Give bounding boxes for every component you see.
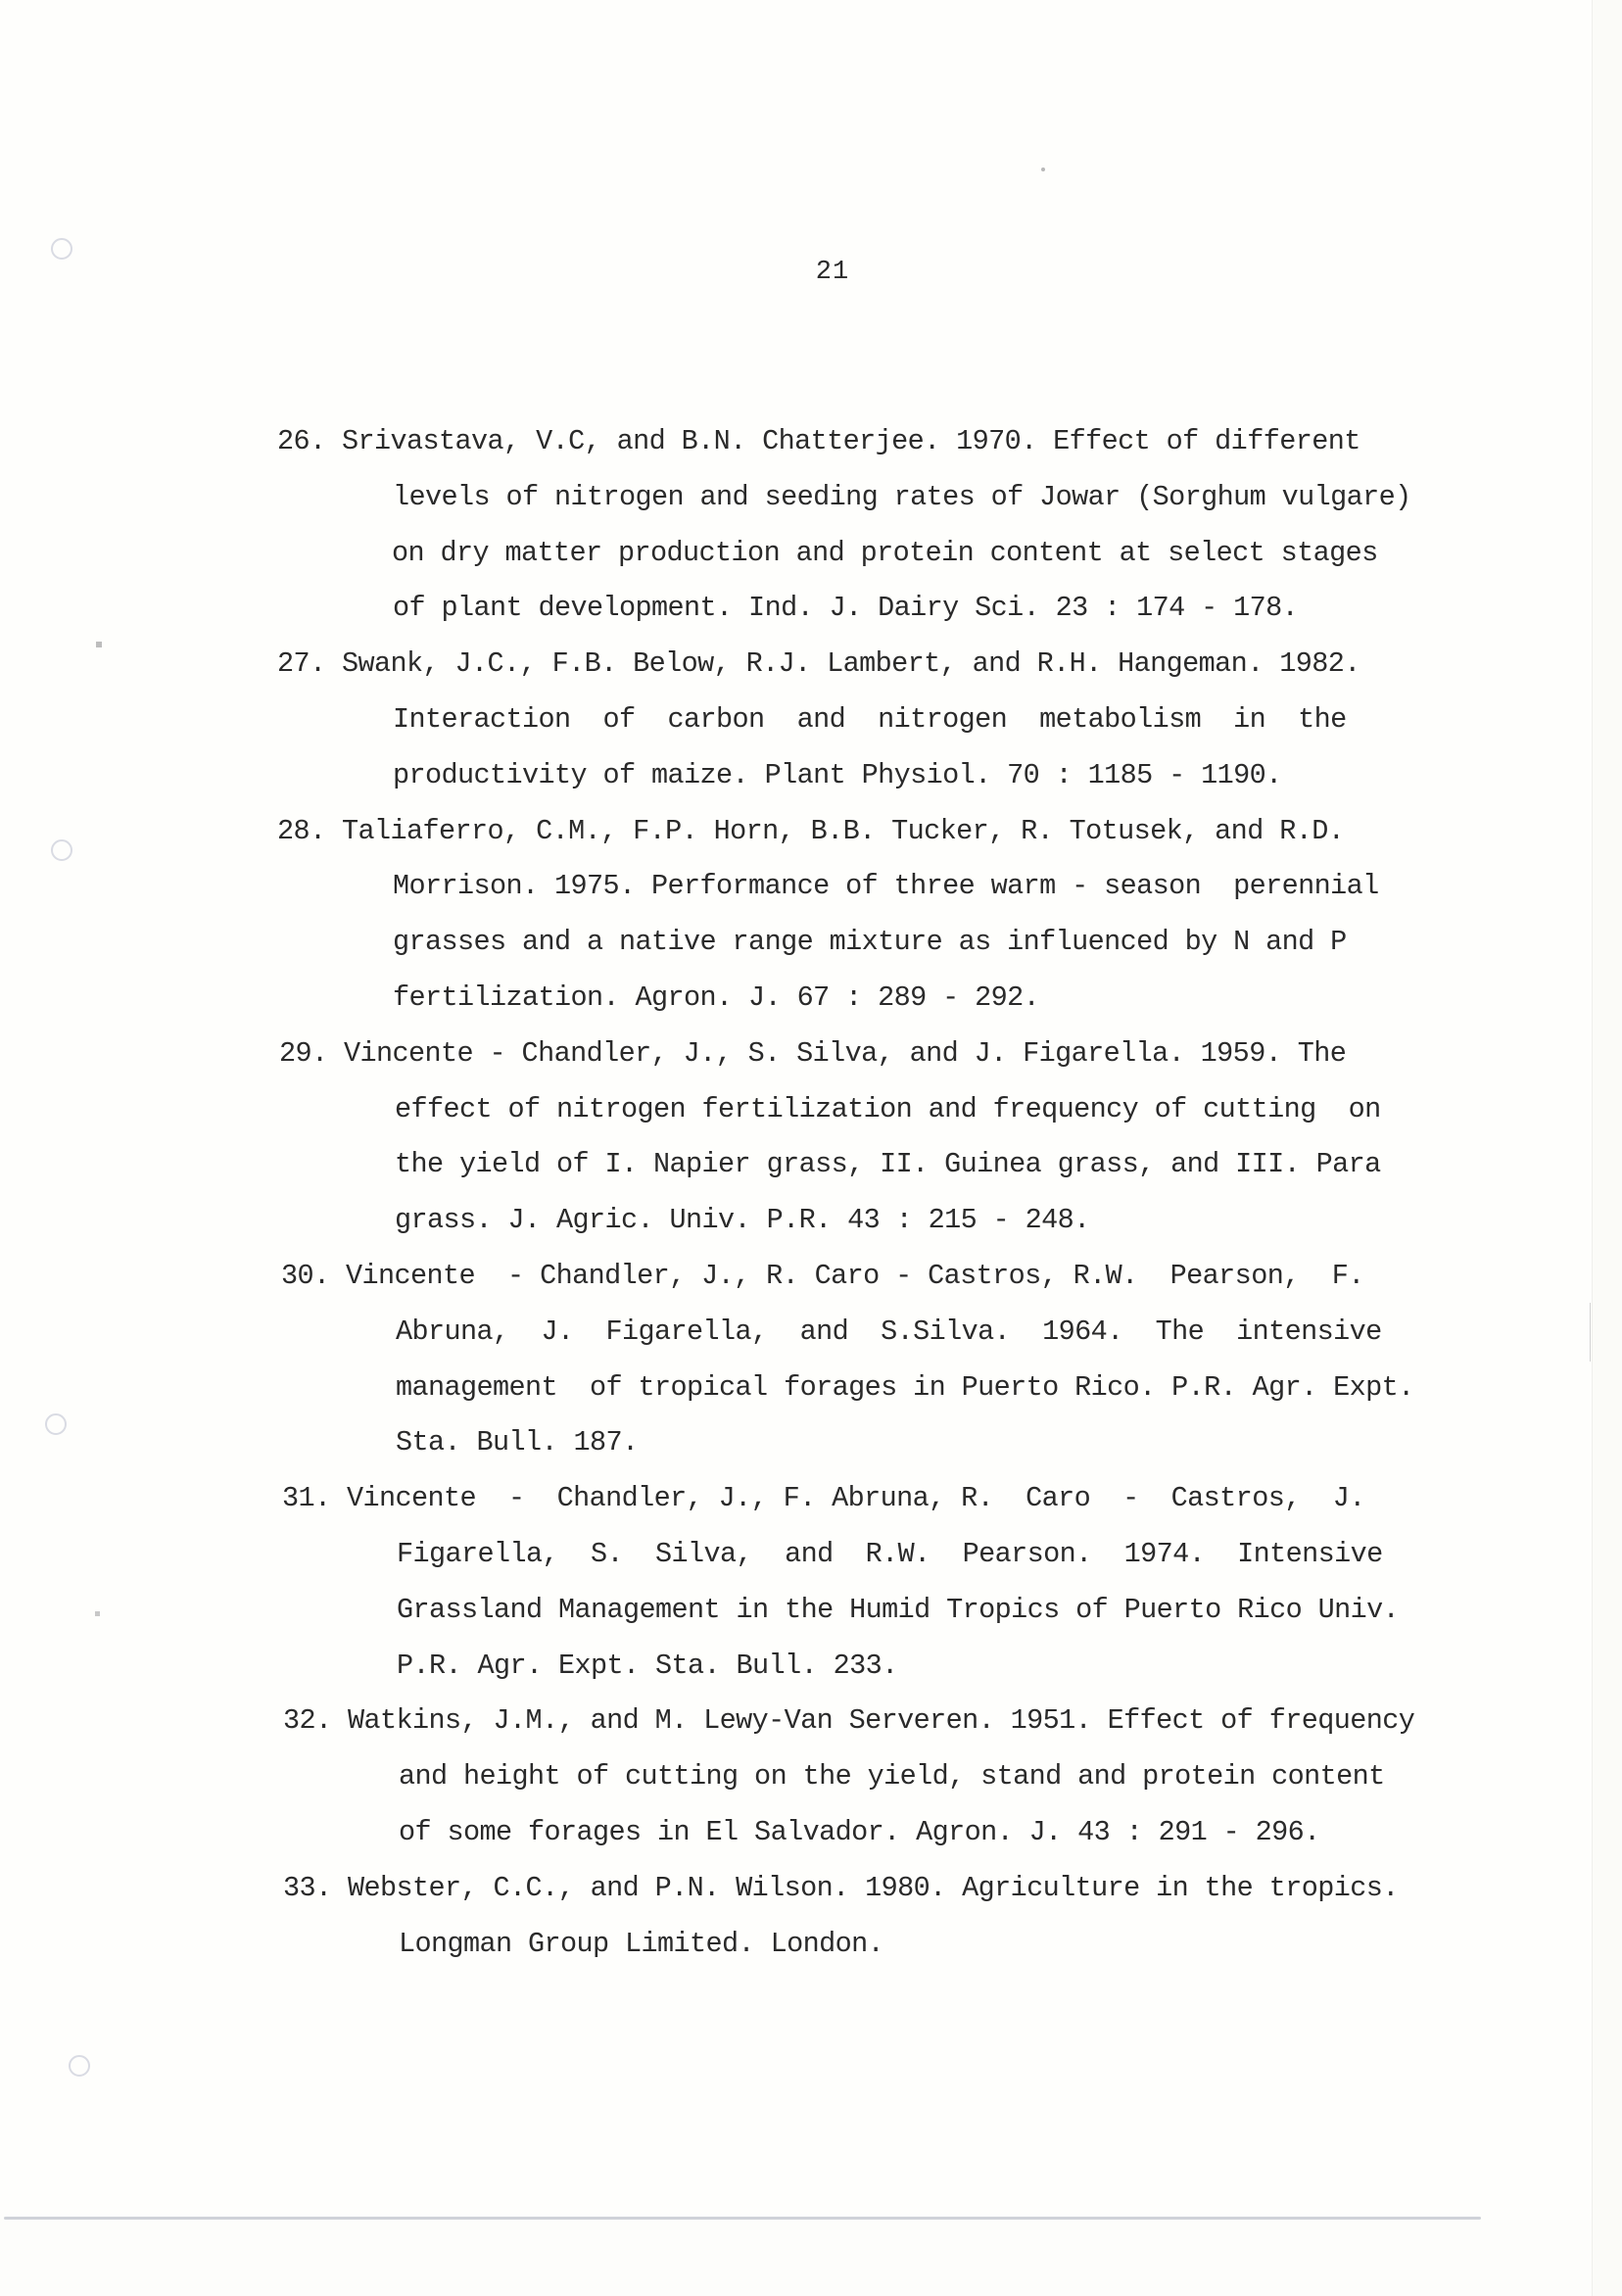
reference-number: 28. — [277, 815, 326, 847]
reference-continuation-line: Abruna, J. Figarella, and S.Silva. 1964.… — [277, 1312, 1453, 1367]
page-edge-strip — [1592, 0, 1622, 2296]
reference-entry: 29. Vincente - Chandler, J., S. Silva, a… — [277, 1033, 1453, 1256]
reference-continuation-line: of plant development. Ind. J. Dairy Sci.… — [277, 588, 1453, 644]
reference-list: 26. Srivastava, V.C, and B.N. Chatterjee… — [277, 421, 1453, 1979]
scan-margin-mark — [96, 642, 102, 647]
reference-continuation-line: grass. J. Agric. Univ. P.R. 43 : 215 - 2… — [277, 1200, 1453, 1256]
scanned-page: 21 26. Srivastava, V.C, and B.N. Chatter… — [0, 0, 1592, 2220]
reference-continuation-line: Morrison. 1975. Performance of three war… — [277, 866, 1453, 922]
reference-number: 33. — [283, 1872, 332, 1904]
reference-continuation-line: levels of nitrogen and seeding rates of … — [277, 477, 1453, 533]
reference-number: 26. — [277, 425, 326, 457]
reference-continuation-line: on dry matter production and protein con… — [277, 533, 1453, 589]
reference-text: Swank, J.C., F.B. Below, R.J. Lambert, a… — [342, 647, 1360, 680]
reference-entry: 28. Taliaferro, C.M., F.P. Horn, B.B. Tu… — [277, 811, 1453, 1033]
reference-entry: 33. Webster, C.C., and P.N. Wilson. 1980… — [277, 1868, 1453, 1980]
reference-text: Vincente - Chandler, J., R. Caro - Castr… — [346, 1260, 1364, 1292]
reference-text: Vincente - Chandler, J., S. Silva, and J… — [344, 1037, 1346, 1070]
reference-text: Taliaferro, C.M., F.P. Horn, B.B. Tucker… — [342, 815, 1344, 847]
reference-first-line: 26. Srivastava, V.C, and B.N. Chatterjee… — [277, 421, 1453, 477]
page-number: 21 — [0, 258, 1622, 287]
reference-entry: 32. Watkins, J.M., and M. Lewy-Van Serve… — [277, 1700, 1453, 1867]
reference-entry: 31. Vincente - Chandler, J., F. Abruna, … — [277, 1478, 1453, 1700]
reference-first-line: 29. Vincente - Chandler, J., S. Silva, a… — [277, 1033, 1453, 1089]
reference-text: Watkins, J.M., and M. Lewy-Van Serveren.… — [348, 1704, 1414, 1737]
reference-continuation-line: fertilization. Agron. J. 67 : 289 - 292. — [277, 978, 1453, 1033]
reference-continuation-line: Interaction of carbon and nitrogen metab… — [277, 699, 1453, 755]
reference-continuation-line: productivity of maize. Plant Physiol. 70… — [277, 755, 1453, 811]
reference-text: Vincente - Chandler, J., F. Abruna, R. C… — [347, 1482, 1365, 1514]
reference-first-line: 30. Vincente - Chandler, J., R. Caro - C… — [277, 1256, 1453, 1312]
reference-continuation-line: Figarella, S. Silva, and R.W. Pearson. 1… — [277, 1534, 1453, 1590]
reference-entry: 30. Vincente - Chandler, J., R. Caro - C… — [277, 1256, 1453, 1478]
reference-entry: 26. Srivastava, V.C, and B.N. Chatterjee… — [277, 421, 1453, 644]
reference-first-line: 27. Swank, J.C., F.B. Below, R.J. Lamber… — [277, 644, 1453, 699]
reference-first-line: 32. Watkins, J.M., and M. Lewy-Van Serve… — [277, 1700, 1453, 1756]
reference-text: Webster, C.C., and P.N. Wilson. 1980. Ag… — [348, 1872, 1399, 1904]
reference-text: Srivastava, V.C, and B.N. Chatterjee. 19… — [342, 425, 1360, 457]
reference-continuation-line: Grassland Management in the Humid Tropic… — [277, 1590, 1453, 1646]
reference-continuation-line: management of tropical forages in Puerto… — [277, 1367, 1453, 1423]
reference-continuation-line: P.R. Agr. Expt. Sta. Bull. 233. — [277, 1646, 1453, 1701]
reference-entry: 27. Swank, J.C., F.B. Below, R.J. Lamber… — [277, 644, 1453, 810]
scan-margin-mark — [1590, 1303, 1591, 1362]
reference-number: 30. — [281, 1260, 330, 1292]
punch-hole-mark — [45, 1413, 67, 1435]
page-bottom-edge-line — [4, 2217, 1481, 2220]
scan-margin-mark — [95, 1611, 100, 1616]
reference-continuation-line: effect of nitrogen fertilization and fre… — [277, 1089, 1453, 1145]
reference-number: 27. — [277, 647, 326, 680]
reference-continuation-line: the yield of I. Napier grass, II. Guinea… — [277, 1144, 1453, 1200]
reference-continuation-line: and height of cutting on the yield, stan… — [277, 1756, 1453, 1812]
reference-first-line: 28. Taliaferro, C.M., F.P. Horn, B.B. Tu… — [277, 811, 1453, 867]
reference-continuation-line: Longman Group Limited. London. — [277, 1924, 1453, 1980]
reference-number: 32. — [283, 1704, 332, 1737]
punch-hole-mark — [51, 839, 72, 861]
scan-speck — [1041, 167, 1045, 171]
reference-first-line: 33. Webster, C.C., and P.N. Wilson. 1980… — [277, 1868, 1453, 1924]
reference-continuation-line: grasses and a native range mixture as in… — [277, 922, 1453, 978]
reference-continuation-line: Sta. Bull. 187. — [277, 1422, 1453, 1478]
punch-hole-mark — [51, 238, 72, 260]
reference-number: 29. — [279, 1037, 328, 1070]
reference-continuation-line: of some forages in El Salvador. Agron. J… — [277, 1812, 1453, 1868]
punch-hole-mark — [69, 2055, 90, 2077]
reference-number: 31. — [282, 1482, 331, 1514]
reference-first-line: 31. Vincente - Chandler, J., F. Abruna, … — [277, 1478, 1453, 1534]
